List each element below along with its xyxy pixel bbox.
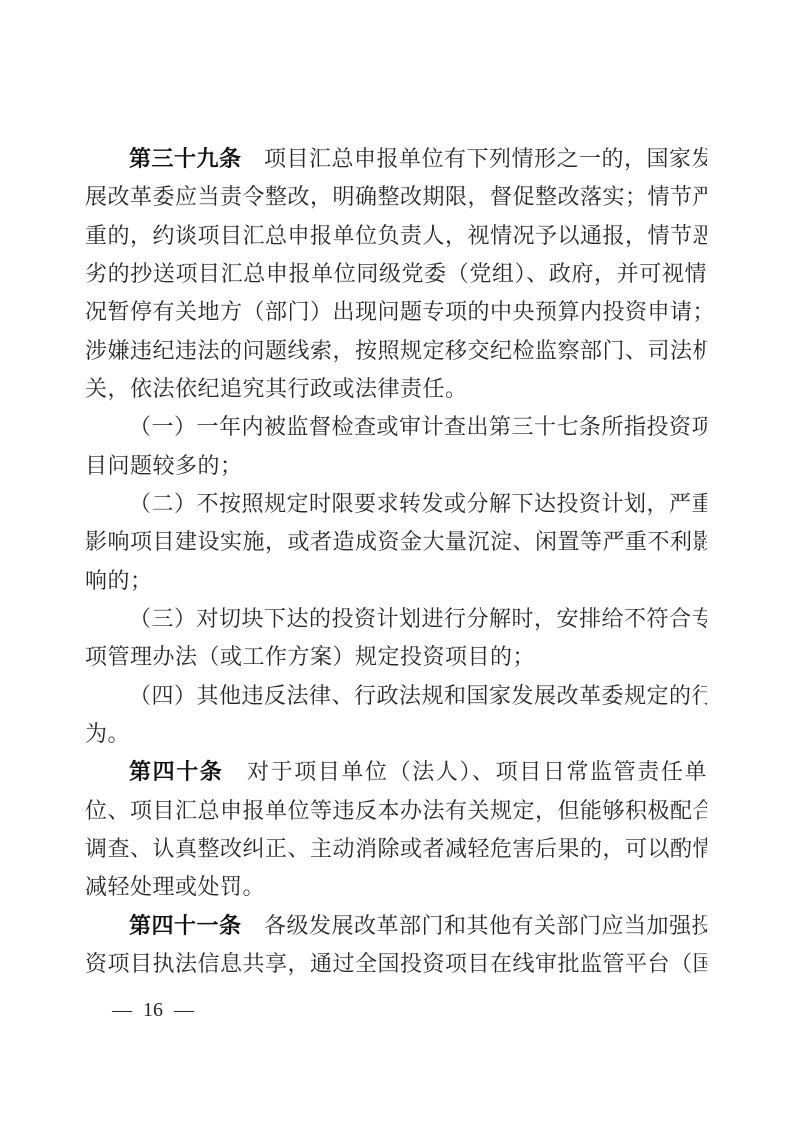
text-line: （一）一年内被监督检查或审计查出第三十七条所指投资项 (85, 408, 707, 446)
text-line: （二）不按照规定时限要求转发或分解下达投资计划，严重 (85, 485, 707, 523)
text-line: （三）对切块下达的投资计划进行分解时，安排给不符合专 (85, 600, 707, 638)
document-body: 第三十九条 项目汇总申报单位有下列情形之一的，国家发 展改革委应当责令整改，明确… (85, 140, 707, 983)
text-line: 第四十条 对于项目单位（法人）、项目日常监管责任单 (85, 753, 707, 791)
text-line: 为。 (85, 715, 707, 753)
article-number-40: 第四十条 (129, 759, 247, 784)
line-text: 项目汇总申报单位有下列情形之一的，国家发 (264, 146, 707, 171)
page-number: — 16 — (112, 1000, 194, 1020)
text-line: 劣的抄送项目汇总申报单位同级党委（党组）、政府，并可视情 (85, 255, 707, 293)
text-line: 资项目执法信息共享，通过全国投资项目在线审批监管平台（国 (85, 945, 707, 983)
text-line: 况暂停有关地方（部门）出现问题专项的中央预算内投资申请； (85, 293, 707, 331)
text-line: 项管理办法（或工作方案）规定投资项目的； (85, 638, 707, 676)
text-line: 位、项目汇总申报单位等违反本办法有关规定，但能够积极配合 (85, 792, 707, 830)
text-line: 第三十九条 项目汇总申报单位有下列情形之一的，国家发 (85, 140, 707, 178)
text-line: 展改革委应当责令整改，明确整改期限，督促整改落实；情节严 (85, 178, 707, 216)
line-text: 对于项目单位（法人）、项目日常监管责任单 (247, 759, 707, 784)
text-line: 调查、认真整改纠正、主动消除或者减轻危害后果的，可以酌情 (85, 830, 707, 868)
document-page: 第三十九条 项目汇总申报单位有下列情形之一的，国家发 展改革委应当责令整改，明确… (0, 0, 794, 1123)
text-line: 关，依法依纪追究其行政或法律责任。 (85, 370, 707, 408)
text-line: 目问题较多的； (85, 447, 707, 485)
article-number-39: 第三十九条 (129, 146, 264, 171)
line-text: 各级发展改革部门和其他有关部门应当加强投 (264, 913, 707, 938)
text-line: 响的； (85, 562, 707, 600)
text-line: （四）其他违反法律、行政法规和国家发展改革委规定的行 (85, 677, 707, 715)
text-line: 第四十一条 各级发展改革部门和其他有关部门应当加强投 (85, 907, 707, 945)
text-line: 影响项目建设实施，或者造成资金大量沉淀、闲置等严重不利影 (85, 523, 707, 561)
article-number-41: 第四十一条 (129, 913, 264, 938)
text-line: 减轻处理或处罚。 (85, 868, 707, 906)
text-line: 重的，约谈项目汇总申报单位负责人，视情况予以通报，情节恶 (85, 217, 707, 255)
text-line: 涉嫌违纪违法的问题线索，按照规定移交纪检监察部门、司法机 (85, 332, 707, 370)
